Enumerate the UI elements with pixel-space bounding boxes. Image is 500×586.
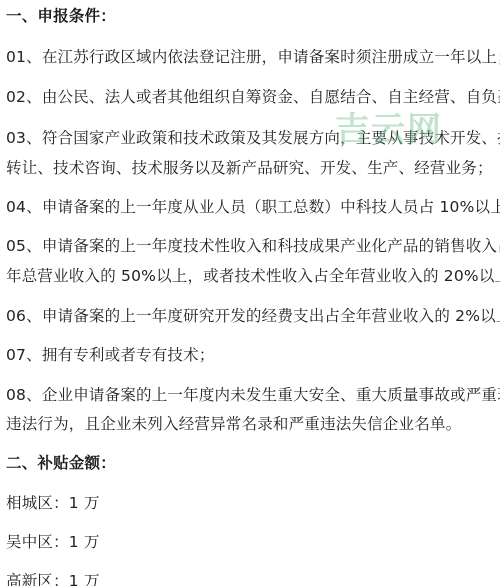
requirement-item-04: 04、申请备案的上一年度从业人员（职工总数）中科技人员占 10%以上； [6,197,500,217]
section-heading-requirements: 一、申报条件： [6,6,116,26]
subsidy-item-gaoxin: 高新区：1 万 [6,571,100,586]
requirement-item-07: 07、拥有专利或者专有技术； [6,345,215,365]
requirement-item-03: 03、符合国家产业政策和技术政策及其发展方向，主要从事技术开发、技术 [6,128,500,148]
requirement-item-03-cont: 转让、技术咨询、技术服务以及新产品研究、开发、生产、经营业务； [6,158,493,178]
subsidy-item-wuzhong: 吴中区：1 万 [6,532,100,552]
requirement-item-08: 08、企业申请备案的上一年度内未发生重大安全、重大质量事故或严重环境 [6,385,500,405]
subsidy-item-xiangcheng: 相城区：1 万 [6,493,100,513]
requirement-item-06: 06、申请备案的上一年度研究开发的经费支出占全年营业收入的 2%以上； [6,306,500,326]
requirement-item-01: 01、在江苏行政区域内依法登记注册，申请备案时须注册成立一年以上； [6,47,500,67]
requirement-item-05-cont: 年总营业收入的 50%以上，或者技术性收入占全年营业收入的 20%以上； [6,266,500,286]
requirement-item-08-cont: 违法行为，且企业未列入经营异常名录和严重违法失信企业名单。 [6,414,461,434]
section-heading-subsidy: 二、补贴金额： [6,453,116,473]
requirement-item-05: 05、申请备案的上一年度技术性收入和科技成果产业化产品的销售收入占全 [6,236,500,256]
requirement-item-02: 02、由公民、法人或者其他组织自筹资金、自愿结合、自主经营、自负盈亏； [6,87,500,107]
